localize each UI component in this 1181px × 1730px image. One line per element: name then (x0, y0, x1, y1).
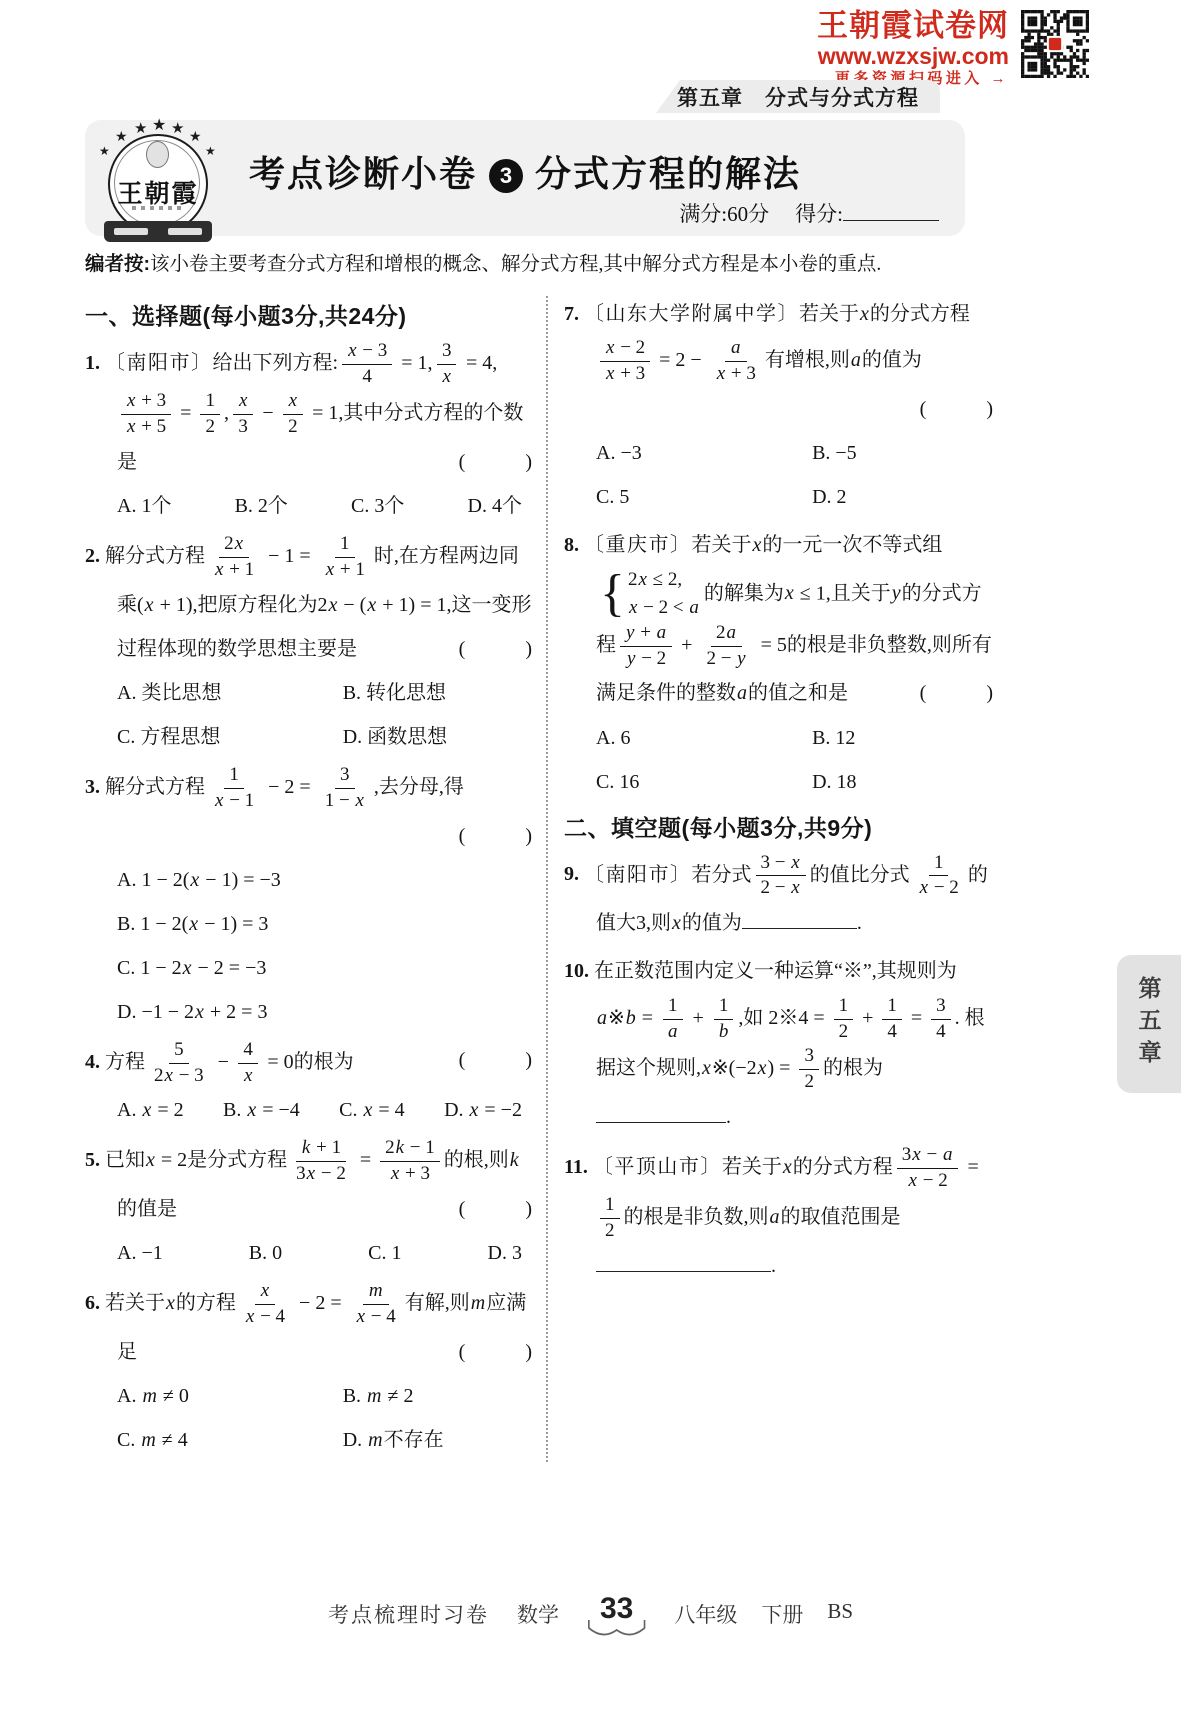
fraction: 3x (437, 339, 457, 389)
option: C. 方程思想 (117, 715, 335, 759)
numerator: 2k − 1 (380, 1136, 440, 1162)
question: 3.解分式方程1x − 1 − 2 = 31 − x,去分母,得( )A. 1 … (85, 763, 532, 1034)
title-card: ★ ★ ★ ★ ★ ★ ★ 王朝霞 考点诊断小卷3分式方程的解法 满分:60分得… (85, 120, 965, 236)
option-label: C. (596, 486, 619, 508)
denominator: 2 (834, 1020, 854, 1045)
numerator: y + a (620, 621, 672, 647)
math-text: 2x − (x + 1) = 1 (318, 594, 447, 616)
question-text: 在正数范围内定义一种运算“※”,其规则为 (594, 960, 957, 982)
question: 4.方程52x − 3 − 4x = 0的根为( )A. x = 2B. x =… (85, 1038, 532, 1132)
fraction: 2a2 − y (701, 621, 751, 671)
option-label: A. (117, 495, 141, 517)
question-text: 若关于 (105, 1292, 165, 1314)
math-text: x = 2 (145, 1149, 187, 1171)
fraction: 3 − x2 − x (756, 851, 806, 901)
option: D. 3 (488, 1231, 522, 1275)
math-text: − (213, 1051, 234, 1073)
option: B. 0 (249, 1231, 282, 1275)
fraction: xx − 4 (240, 1279, 290, 1329)
question-number: 10. (564, 960, 589, 982)
question-text: 的方程 (176, 1292, 236, 1314)
denominator: 2x − 3 (149, 1064, 209, 1089)
numerator: 1 (224, 763, 244, 789)
page-number-badge: 33 (587, 1592, 646, 1636)
question-text: 的根是非负数,则 (624, 1206, 769, 1228)
footer-grade: 八年级 (674, 1599, 737, 1629)
source-tag: 〔平顶山市〕 (593, 1156, 722, 1178)
denominator: 2 (600, 1219, 620, 1244)
option-label: A. (596, 442, 620, 464)
star-icon: ★ (189, 129, 202, 146)
question-text: 的值是 (117, 1198, 177, 1220)
option: C. 3个 (351, 484, 404, 528)
numerator: x + 3 (121, 389, 171, 415)
option: D. 18 (812, 760, 993, 804)
math-text: = (906, 1007, 927, 1029)
numerator: 3 (931, 994, 951, 1020)
option: D. 2 (812, 475, 993, 519)
fraction: 14 (882, 994, 902, 1044)
math-text: = (962, 1156, 978, 1178)
option: C. 16 (596, 760, 804, 804)
source-tag: 〔南阳市〕 (584, 863, 692, 885)
footer: 考点梳理时习卷 数学 33 八年级 下册 BS (0, 1592, 1181, 1636)
fraction: 1x − 2 (914, 851, 964, 901)
denominator: y − 2 (621, 647, 671, 672)
page-title-subject: 分式方程的解法 (535, 153, 801, 194)
question-text: 的分式方程 (793, 1156, 893, 1178)
math-text: = (175, 402, 196, 424)
editor-note: 编者按:该小卷主要考查分式方程和增根的概念、解分式方程,其中解分式方程是本小卷的… (85, 250, 993, 279)
math-text: + (857, 1007, 878, 1029)
question: 6.若关于x的方程xx − 4 − 2 = mx − 4有解,则m应满足( )A… (85, 1279, 532, 1462)
source-tag: 〔重庆市〕 (584, 534, 692, 556)
brand-text-block: 王朝霞试卷网 www.wzxsjw.com 更多资源扫码进入 → (817, 10, 1009, 88)
brand-url: www.wzxsjw.com (818, 43, 1009, 69)
system-rows: 2x ≤ 2,x − 2 < a (628, 568, 700, 621)
title-number-badge: 3 (489, 159, 523, 193)
option-label: B. (812, 727, 835, 749)
denominator: x + 1 (320, 558, 370, 583)
score-blank (843, 198, 939, 221)
numerator: k + 1 (296, 1136, 346, 1162)
fraction: 52x − 3 (149, 1038, 209, 1088)
option: A. 1个 (117, 484, 171, 528)
numerator: 1 (882, 994, 902, 1020)
option-label: D. (343, 726, 367, 748)
section-header: 一、选择题(每小题3分,共24分) (85, 298, 532, 331)
fraction: k + 13x − 2 (291, 1136, 351, 1186)
option: C. 1 (368, 1231, 401, 1275)
fraction: 12 (600, 1193, 620, 1243)
denominator: x + 1 (209, 558, 259, 583)
math-text: (−2x) = (729, 1057, 796, 1079)
denominator: x + 3 (600, 362, 650, 387)
math-text: x (859, 303, 870, 325)
question-text: 的根为 (823, 1057, 883, 1079)
math-text: − (257, 402, 278, 424)
numerator: 1 (834, 994, 854, 1020)
editor-note-text: 该小卷主要考查分式方程和增根的概念、解分式方程,其中解分式方程是本小卷的重点. (150, 254, 881, 275)
question-text: 若分式 (692, 863, 752, 885)
left-column: 一、选择题(每小题3分,共24分)1.〔南阳市〕给出下列方程:x − 34 = … (85, 292, 532, 1466)
option: A. m ≠ 0 (117, 1374, 335, 1418)
denominator: 2 − x (756, 876, 806, 901)
star-icon: ★ (115, 129, 128, 146)
numerator: x − 3 (342, 339, 392, 365)
question-text: 的取值范围是 (781, 1206, 901, 1228)
option: C. 1 − 2x − 2 = −3 (117, 946, 532, 990)
question-text: ※ (608, 1007, 625, 1029)
question: 10.在正数范围内定义一种运算“※”,其规则为a※b = 1a + 1b,如 2… (564, 949, 993, 1139)
question: 9.〔南阳市〕若分式3 − x2 − x的值比分式1x − 2的值大3,则x的值… (564, 851, 993, 946)
question-text: 解分式方程 (105, 545, 205, 567)
math-text: x (671, 912, 682, 934)
denominator: x (238, 1064, 258, 1089)
option-label: C. (368, 1242, 391, 1264)
option-label: D. (812, 771, 836, 793)
option-label: C. (117, 1429, 140, 1451)
math-text: , (224, 402, 229, 424)
question-text: ※ (712, 1057, 729, 1079)
option-label: D. (117, 1001, 141, 1023)
option: A. 1 − 2(x − 1) = −3 (117, 858, 532, 902)
option-label: A. (596, 727, 620, 749)
question-text: 的值为 (862, 349, 922, 371)
fraction: 31 − x (320, 763, 370, 813)
system-row: 2x ≤ 2, (628, 568, 682, 593)
question: 8.〔重庆市〕若关于x的一元一次不等式组{2x ≤ 2,x − 2 < a的解集… (564, 523, 993, 804)
option-label: B. (223, 1099, 246, 1121)
numerator: 2a (711, 621, 742, 647)
question-columns: 一、选择题(每小题3分,共24分)1.〔南阳市〕给出下列方程:x − 34 = … (85, 292, 993, 1466)
denominator: 2 (799, 1070, 819, 1095)
math-text: y (891, 582, 902, 604)
option: D. −1 − 2x + 2 = 3 (117, 990, 532, 1034)
question-text: . (857, 912, 862, 934)
page-title-prefix: 考点诊断小卷 (249, 153, 477, 194)
numerator: 5 (169, 1038, 189, 1064)
question-number: 3. (85, 776, 100, 798)
math-text: = 4, (461, 352, 497, 374)
question-number: 1. (85, 352, 100, 374)
option: C. x = 4 (339, 1088, 405, 1132)
fraction: x3 (233, 389, 253, 439)
math-text: m (470, 1292, 486, 1314)
denominator: x − 4 (240, 1305, 290, 1330)
question-text: . (726, 1106, 731, 1128)
question-text: 有增根,则 (765, 349, 850, 371)
answer-parentheses: ( ) (459, 1038, 532, 1082)
numerator: 2x (219, 532, 249, 558)
question-text: 有解,则 (405, 1292, 470, 1314)
math-text: + (688, 1007, 709, 1029)
source-tag: 〔南阳市〕 (105, 352, 213, 374)
question-text: 的值比分式 (810, 863, 910, 885)
options-row: A. 类比思想B. 转化思想C. 方程思想D. 函数思想 (117, 671, 532, 759)
options-row: A. −3B. −5C. 5D. 2 (596, 431, 993, 519)
denominator: 4 (931, 1020, 951, 1045)
numerator: 1 (600, 1193, 620, 1219)
option-label: D. (488, 1242, 512, 1264)
numerator: 4 (238, 1038, 258, 1064)
option: D. m不存在 (343, 1418, 532, 1462)
math-text: − 2 = (294, 1292, 347, 1314)
fraction: 34 (931, 994, 951, 1044)
option: A. x = 2 (117, 1088, 184, 1132)
math-text: k (509, 1149, 520, 1171)
math-text: + (676, 634, 697, 656)
fraction: 2xx + 1 (209, 532, 259, 582)
option: B. 12 (812, 716, 993, 760)
answer-parentheses: ( ) (920, 387, 993, 431)
question-text: ,如 2※4 = (738, 1007, 829, 1029)
fraction: 1x − 1 (209, 763, 259, 813)
denominator: x − 1 (209, 789, 259, 814)
option-label: B. (812, 442, 835, 464)
option-label: D. (444, 1099, 468, 1121)
fraction: 3x − ax − 2 (897, 1143, 959, 1193)
question-text: 若关于 (692, 534, 752, 556)
system-row: x − 2 < a (628, 596, 700, 621)
option: C. 5 (596, 475, 804, 519)
footer-edition: BS (827, 1599, 853, 1629)
star-icon: ★ (152, 115, 166, 135)
question-text: 若关于 (722, 1156, 782, 1178)
section-header: 二、填空题(每小题3分,共9分) (564, 810, 993, 843)
option: D. 函数思想 (343, 715, 532, 759)
options-row: A. 6B. 12C. 16D. 18 (596, 716, 993, 804)
options-row: A. x = 2B. x = −4C. x = 4D. x = −2 (117, 1088, 532, 1132)
options-row: A. 1个B. 2个C. 3个D. 4个 (117, 484, 532, 528)
question-text: 若关于 (799, 303, 859, 325)
denominator: 4 (357, 365, 377, 390)
math-text: = (355, 1149, 376, 1171)
score-line: 满分:60分得分: (679, 198, 939, 228)
question-number: 6. (85, 1292, 100, 1314)
fraction: x − 34 (342, 339, 392, 389)
question-text: 已知 (105, 1149, 145, 1171)
denominator: 2 (283, 415, 303, 440)
math-text: x (752, 534, 763, 556)
question-text: 的一元一次不等式组 (762, 534, 942, 556)
header-brand: 王朝霞试卷网 www.wzxsjw.com 更多资源扫码进入 → (817, 10, 1089, 88)
fraction: 1x + 1 (320, 532, 370, 582)
numerator: 1 (663, 994, 683, 1020)
fraction: 1b (713, 994, 735, 1044)
option: D. 4个 (468, 484, 522, 528)
brace-icon: { (600, 568, 625, 620)
answer-parentheses: ( ) (920, 671, 993, 715)
answer-blank (742, 907, 857, 929)
math-text: = 1, (307, 402, 343, 424)
option-label: C. (117, 957, 140, 979)
option: B. 2个 (235, 484, 288, 528)
numerator: x (255, 1279, 275, 1305)
right-column: 7.〔山东大学附属中学〕若关于x的分式方程x − 2x + 3 = 2 − ax… (564, 292, 993, 1466)
math-text: (x + 1) (137, 594, 193, 616)
equation-system: {2x ≤ 2,x − 2 < a (600, 568, 700, 621)
option-label: D. (343, 1429, 367, 1451)
question: 2.解分式方程2xx + 1 − 1 = 1x + 1时,在方程两边同乘(x +… (85, 532, 532, 759)
option: A. 类比思想 (117, 671, 335, 715)
editor-note-label: 编者按: (85, 253, 150, 275)
option-label: D. (812, 486, 836, 508)
math-text: x ≤ 1 (784, 582, 826, 604)
option: A. −3 (596, 431, 804, 475)
score-earned-label: 得分: (795, 202, 843, 226)
numerator: 1 (335, 532, 355, 558)
numerator: 3 (437, 339, 457, 365)
badge-caption-marks (132, 206, 184, 210)
option: C. m ≠ 4 (117, 1418, 335, 1462)
page-title: 考点诊断小卷3分式方程的解法 (85, 146, 965, 197)
option: A. 6 (596, 716, 804, 760)
numerator: x (233, 389, 253, 415)
denominator: x − 2 (914, 876, 964, 901)
brand-name: 王朝霞试卷网 (817, 10, 1009, 43)
question-text: 的分式方程 (870, 303, 970, 325)
option-label: C. (339, 1099, 362, 1121)
worksheet-page: 王朝霞试卷网 www.wzxsjw.com 更多资源扫码进入 → 第五章 分式与… (0, 0, 1181, 1730)
star-icon: ★ (171, 119, 184, 138)
math-text: a (769, 1206, 781, 1228)
question-text: 解分式方程 (105, 776, 205, 798)
footer-edition-block: 八年级 下册 BS (674, 1599, 853, 1629)
question-text: 的根,则 (444, 1149, 509, 1171)
math-text: a (736, 682, 748, 704)
option: B. 转化思想 (343, 671, 532, 715)
math-text: = (637, 1007, 658, 1029)
footer-series: 考点梳理时习卷 (328, 1599, 489, 1629)
question-number: 7. (564, 303, 579, 325)
question-text: ,去分母,得 (374, 776, 464, 798)
option-label: A. (117, 1099, 141, 1121)
answer-parentheses: ( ) (459, 627, 532, 671)
denominator: x + 3 (711, 362, 761, 387)
option-label: C. (117, 726, 140, 748)
question-number: 5. (85, 1149, 100, 1171)
math-text: a (850, 349, 862, 371)
numerator: x (283, 389, 303, 415)
answer-parentheses: ( ) (459, 1330, 532, 1374)
fraction: 12 (834, 994, 854, 1044)
fraction: 12 (200, 389, 220, 439)
option-label: B. (343, 1385, 366, 1407)
question-text: ,且关于 (826, 582, 891, 604)
option: B. −5 (812, 431, 993, 475)
question-text: 的值之和是 (748, 682, 848, 704)
question: 5.已知x = 2是分式方程k + 13x − 2 = 2k − 1x + 3的… (85, 1136, 532, 1275)
option: A. −1 (117, 1231, 163, 1275)
denominator: 2 − y (701, 647, 751, 672)
fraction: x − 2x + 3 (600, 336, 650, 386)
options-row: A. m ≠ 0B. m ≠ 2C. m ≠ 4D. m不存在 (117, 1374, 532, 1462)
numerator: 1 (714, 994, 734, 1020)
math-text: x (782, 1156, 793, 1178)
option-label: B. (343, 682, 366, 704)
chapter-banner: 第五章 分式与分式方程 (656, 80, 940, 113)
denominator: x + 5 (121, 415, 171, 440)
source-tag: 〔山东大学附属中学〕 (584, 303, 799, 325)
score-full-label: 满分:60分 (679, 202, 769, 226)
answer-parentheses: ( ) (459, 814, 532, 858)
fraction: x + 3x + 5 (121, 389, 171, 439)
badge-ribbon (104, 221, 212, 242)
math-text: − 2 = (263, 776, 316, 798)
question-text: 的根为 (294, 1051, 354, 1073)
math-text: x (165, 1292, 176, 1314)
denominator: 2 (200, 415, 220, 440)
options-row: A. 1 − 2(x − 1) = −3B. 1 − 2(x − 1) = 3C… (117, 858, 532, 1034)
denominator: a (662, 1020, 684, 1045)
denominator: x − 4 (351, 1305, 401, 1330)
fraction: 4x (238, 1038, 258, 1088)
question: 1.〔南阳市〕给出下列方程:x − 34 = 1,3x = 4,x + 3x +… (85, 339, 532, 528)
option-label: D. (468, 495, 492, 517)
math-text: = 5 (756, 634, 787, 656)
answer-parentheses: ( ) (459, 1187, 532, 1231)
option-label: B. (249, 1242, 272, 1264)
book-icon (587, 1620, 646, 1640)
column-divider (546, 296, 548, 1462)
math-text: = 2 − (654, 349, 707, 371)
question-text: ,把原方程化为 (193, 594, 318, 616)
math-text: − 1 = (263, 545, 316, 567)
question-text: 方程 (105, 1051, 145, 1073)
numerator: 3 (335, 763, 355, 789)
math-text: b (625, 1007, 637, 1029)
answer-parentheses: ( ) (459, 440, 532, 484)
numerator: 3 − x (756, 851, 806, 877)
fraction: x2 (283, 389, 303, 439)
fraction: 32 (799, 1044, 819, 1094)
question: 11.〔平顶山市〕若关于x的分式方程3x − ax − 2 = 12的根是非负数… (564, 1143, 993, 1288)
math-text: = 1, (396, 352, 432, 374)
question-number: 8. (564, 534, 579, 556)
numerator: 3 (799, 1044, 819, 1070)
numerator: 3x − a (897, 1143, 959, 1169)
option: B. 1 − 2(x − 1) = 3 (117, 902, 532, 946)
option-label: A. (117, 682, 141, 704)
question-number: 11. (564, 1156, 588, 1178)
math-text: a (596, 1007, 608, 1029)
answer-blank (596, 1101, 726, 1123)
question-text: . (771, 1255, 776, 1277)
denominator: 1 − x (320, 789, 370, 814)
fraction: 2k − 1x + 3 (380, 1136, 440, 1186)
option: B. m ≠ 2 (343, 1374, 532, 1418)
option-label: C. (596, 771, 619, 793)
fraction: y + ay − 2 (620, 621, 672, 671)
question-number: 9. (564, 863, 579, 885)
numerator: m (363, 1279, 389, 1305)
numerator: x − 2 (600, 336, 650, 362)
numerator: 1 (929, 851, 949, 877)
question-text: 的值为 (682, 912, 742, 934)
options-row: A. −1B. 0C. 1D. 3 (117, 1231, 532, 1275)
denominator: 3x − 2 (291, 1162, 351, 1187)
denominator: x + 3 (385, 1162, 435, 1187)
option-label: A. (117, 1242, 141, 1264)
question-text: 给出下列方程: (213, 352, 339, 374)
denominator: b (713, 1020, 735, 1045)
option-label: A. (117, 1385, 141, 1407)
math-text: x (701, 1057, 712, 1079)
question-number: 2. (85, 545, 100, 567)
numerator: a (725, 336, 747, 362)
option-label: A. (117, 869, 141, 891)
